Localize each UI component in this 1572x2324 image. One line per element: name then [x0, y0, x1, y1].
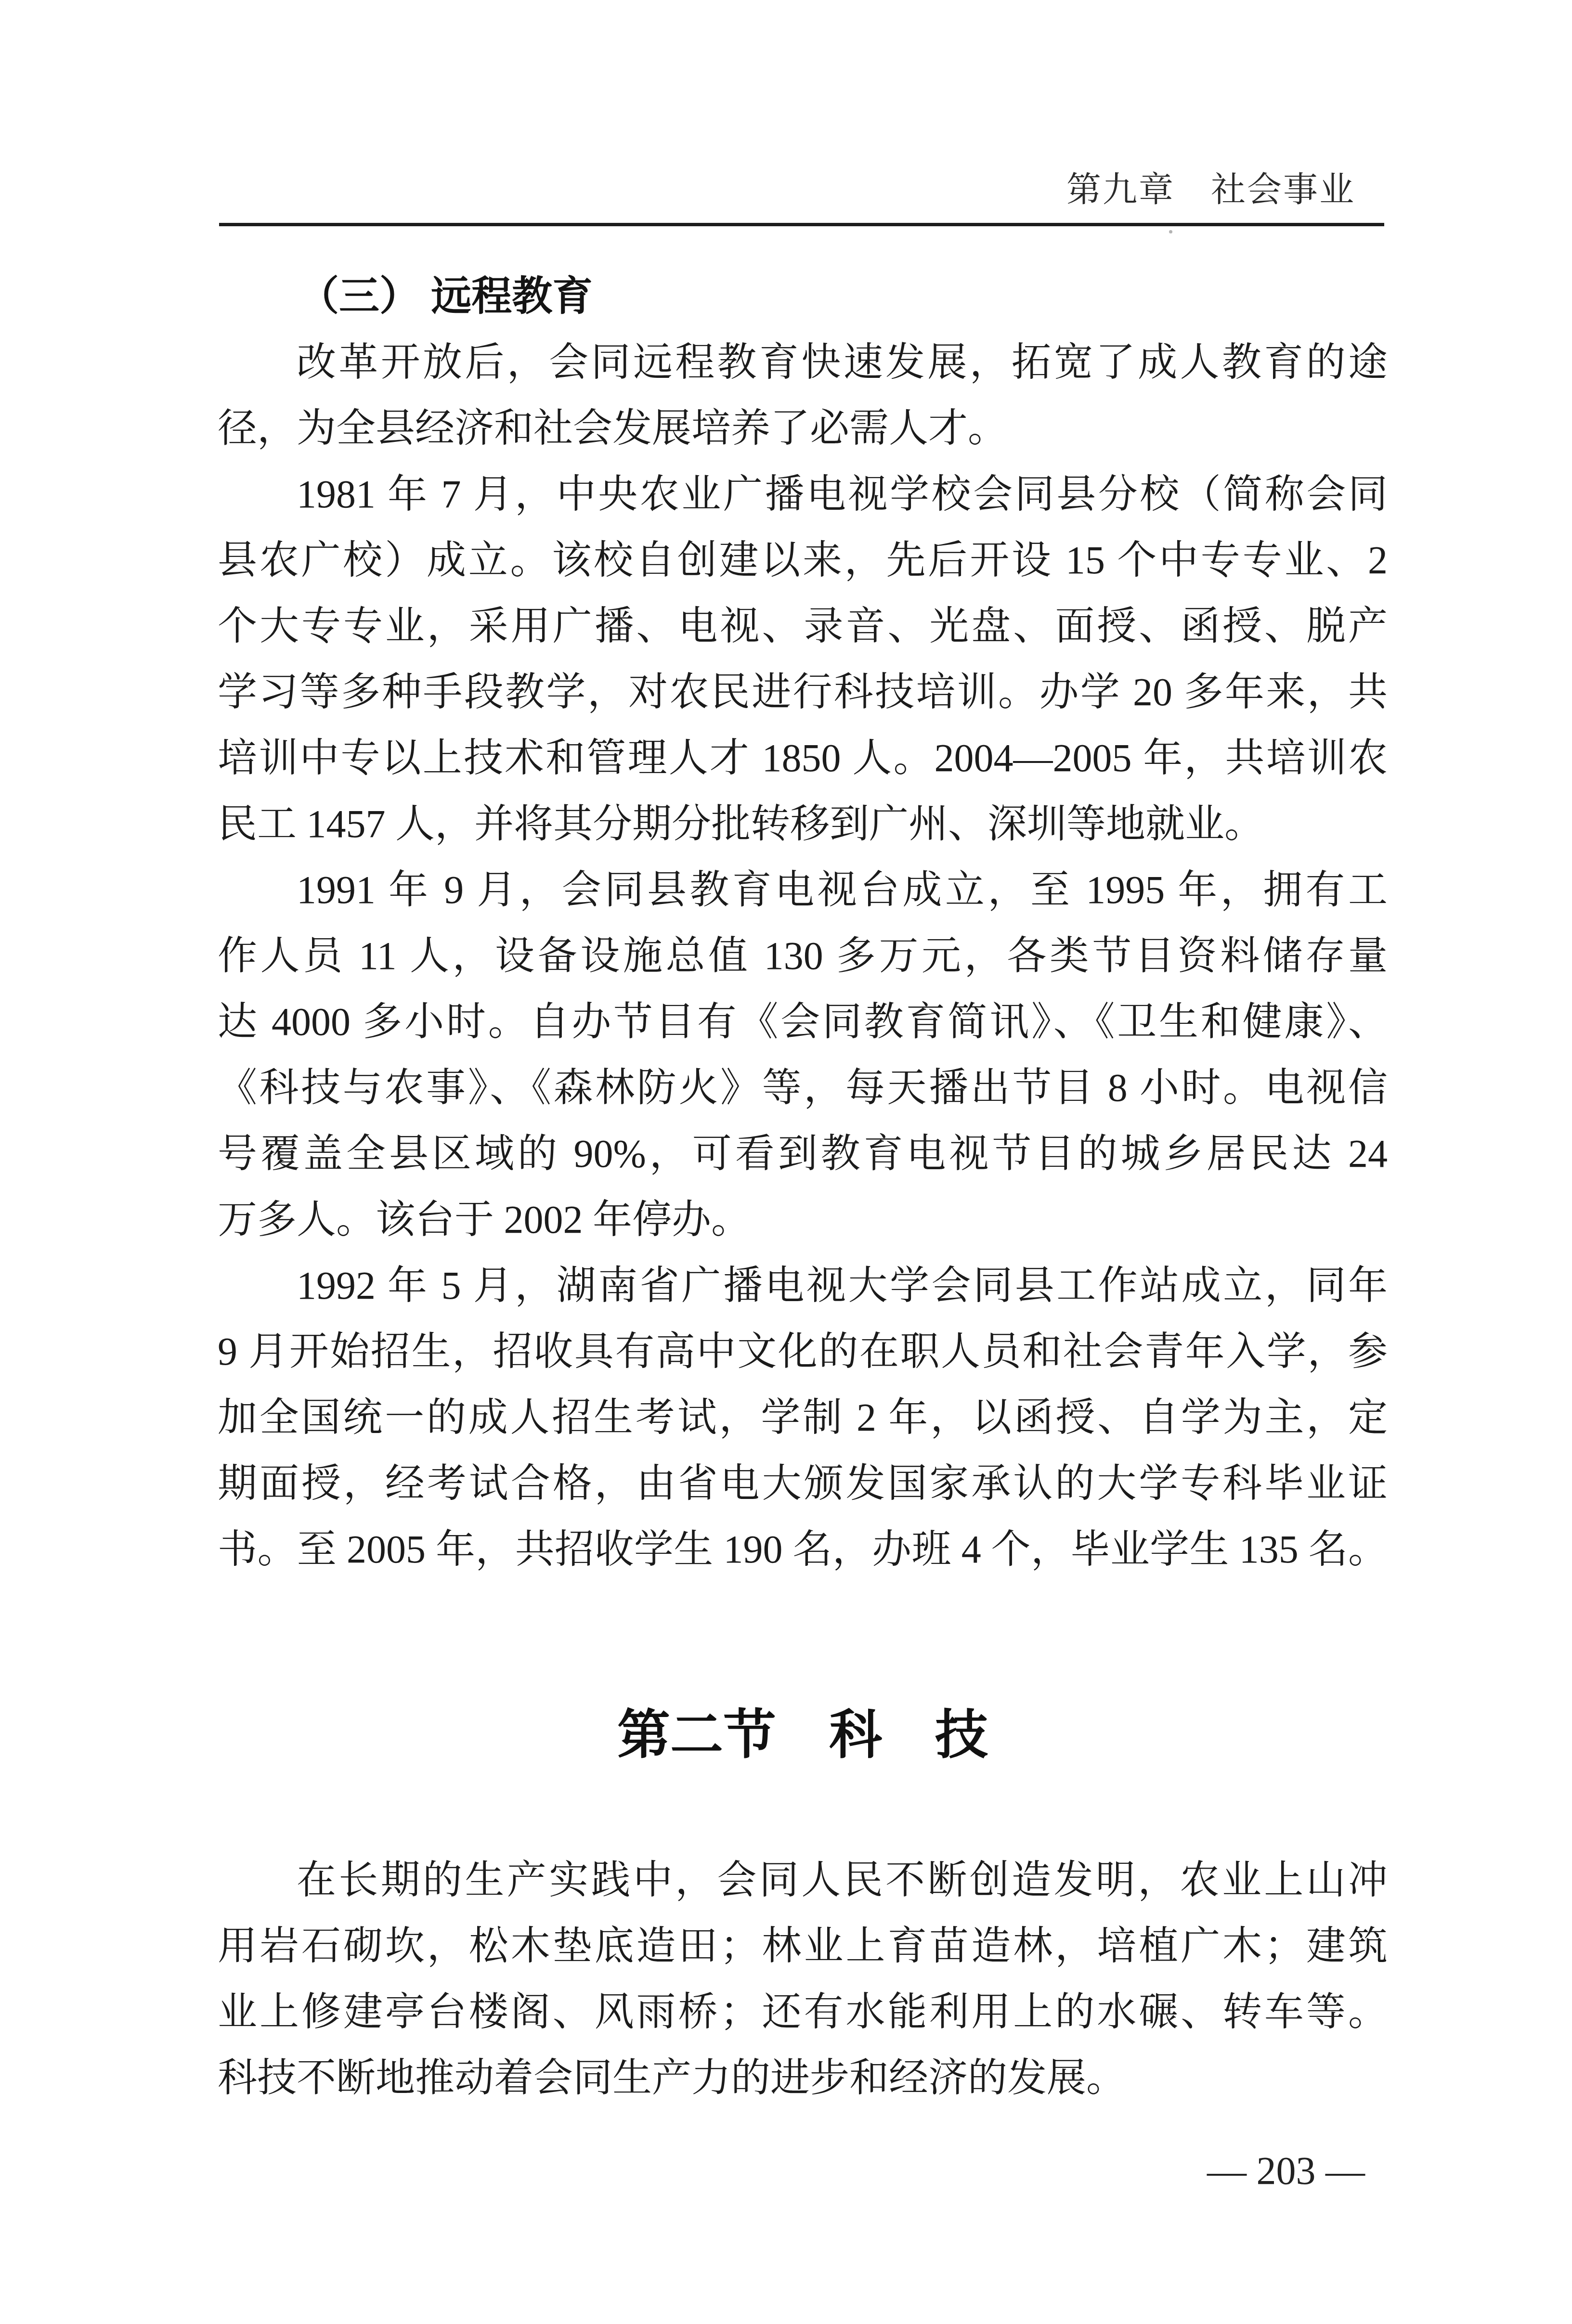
text-line: 9 月开始招生，招收具有高中文化的在职人员和社会青年入学，参: [218, 1318, 1388, 1384]
text-line: 达 4000 多小时。自办节目有《会同教育简讯》、《卫生和健康》、: [218, 989, 1388, 1055]
text-line: 书。至 2005 年，共招收学生 190 名，办班 4 个，毕业学生 135 名…: [218, 1516, 1388, 1582]
text-line: 业上修建亭台楼阁、风雨桥；还有水能利用上的水碾、转车等。: [218, 1979, 1388, 2045]
body-text-block: （三） 远程教育改革开放后，会同远程教育快速发展，拓宽了成人教育的途径，为全县经…: [218, 263, 1388, 1582]
text-line: 改革开放后，会同远程教育快速发展，拓宽了成人教育的途: [218, 329, 1388, 395]
text-line: 民工 1457 人，并将其分期分批转移到广州、深圳等地就业。: [218, 791, 1388, 857]
text-line: 用岩石砌坎，松木垫底造田；林业上育苗造林，培植广木；建筑: [218, 1913, 1388, 1979]
scan-artifact-dot: [1169, 230, 1172, 233]
page-number: — 203 —: [1207, 2148, 1365, 2194]
text-line: 《科技与农事》、《森林防火》等，每天播出节目 8 小时。电视信: [218, 1055, 1388, 1121]
text-line: 培训中专以上技术和管理人才 1850 人。2004—2005 年，共培训农: [218, 725, 1388, 791]
text-line: 个大专专业，采用广播、电视、录音、光盘、面授、函授、脱产: [218, 593, 1388, 659]
book-page: 第九章 社会事业 （三） 远程教育改革开放后，会同远程教育快速发展，拓宽了成人教…: [0, 0, 1572, 2324]
text-line: 县农广校）成立。该校自创建以来，先后开设 15 个中专专业、2: [218, 527, 1388, 593]
text-line: 科技不断地推动着会同生产力的进步和经济的发展。: [218, 2045, 1388, 2111]
text-line: 1981 年 7 月，中央农业广播电视学校会同县分校（简称会同: [218, 461, 1388, 527]
chapter-header: 第九章 社会事业: [1066, 168, 1355, 211]
second-section-block: 在长期的生产实践中，会同人民不断创造发明，农业上山冲用岩石砌坎，松木垫底造田；林…: [218, 1847, 1388, 2111]
text-line: 万多人。该台于 2002 年停办。: [218, 1187, 1388, 1252]
text-line: 径，为全县经济和社会发展培养了必需人才。: [218, 395, 1388, 461]
text-line: 1991 年 9 月，会同县教育电视台成立，至 1995 年，拥有工: [218, 857, 1388, 923]
text-line: 作人员 11 人，设备设施总值 130 多万元，各类节目资料储存量: [218, 923, 1388, 989]
header-rule: [219, 223, 1384, 226]
subsection-label: （三） 远程教育: [218, 263, 1388, 329]
text-line: 加全国统一的成人招生考试，学制 2 年，以函授、自学为主，定: [218, 1384, 1388, 1450]
text-line: 1992 年 5 月，湖南省广播电视大学会同县工作站成立，同年: [218, 1252, 1388, 1318]
section-heading: 第二节 科 技: [218, 1694, 1388, 1776]
text-line: 号覆盖全县区域的 90%，可看到教育电视节目的城乡居民达 24: [218, 1121, 1388, 1187]
text-line: 期面授，经考试合格，由省电大颁发国家承认的大学专科毕业证: [218, 1450, 1388, 1516]
text-line: 在长期的生产实践中，会同人民不断创造发明，农业上山冲: [218, 1847, 1388, 1913]
text-line: 学习等多种手段教学，对农民进行科技培训。办学 20 多年来，共: [218, 659, 1388, 725]
